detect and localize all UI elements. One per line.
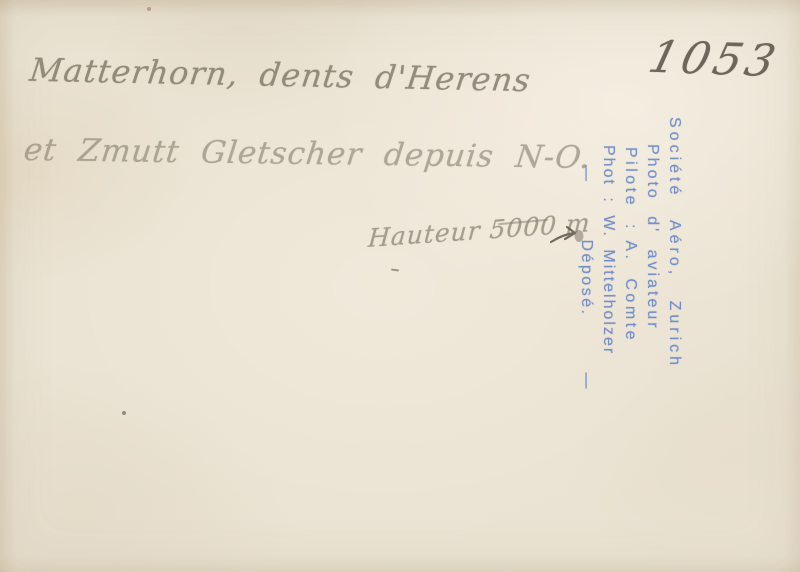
stamp-line-phot: Phot : W. Mittelholzer [597,145,619,409]
stamp-line-pilote: Pilote : A. Comte [619,147,641,343]
stamp-line-society: Société Aéro, Zurich [663,117,685,409]
stamp-line-depose: — Déposé. — [575,117,597,409]
pencil-dash-mark [391,268,399,271]
pencil-smudge-mark [550,222,594,256]
stamp-right-dash: — [575,373,597,392]
inventory-number: 1053 [644,32,785,87]
stamp-left-dash: — [575,165,597,184]
stamp-pilote-label: Pilote : [619,147,641,232]
stamp-pilote-name: A. Comte [619,240,641,343]
caption-line-2: et Zmutt Gletscher depuis N-O. [22,132,593,176]
paper-speck [147,7,151,11]
photo-verso: Matterhorn, dents d'Herens et Zmutt Glet… [0,0,800,572]
caption-line-1: Matterhorn, dents d'Herens [28,51,533,99]
aero-society-stamp: Société Aéro, Zurich Photo d' aviateur P… [575,117,685,409]
paper-speck [122,411,126,415]
stamp-line-photo-aviateur: Photo d' aviateur [641,144,663,409]
